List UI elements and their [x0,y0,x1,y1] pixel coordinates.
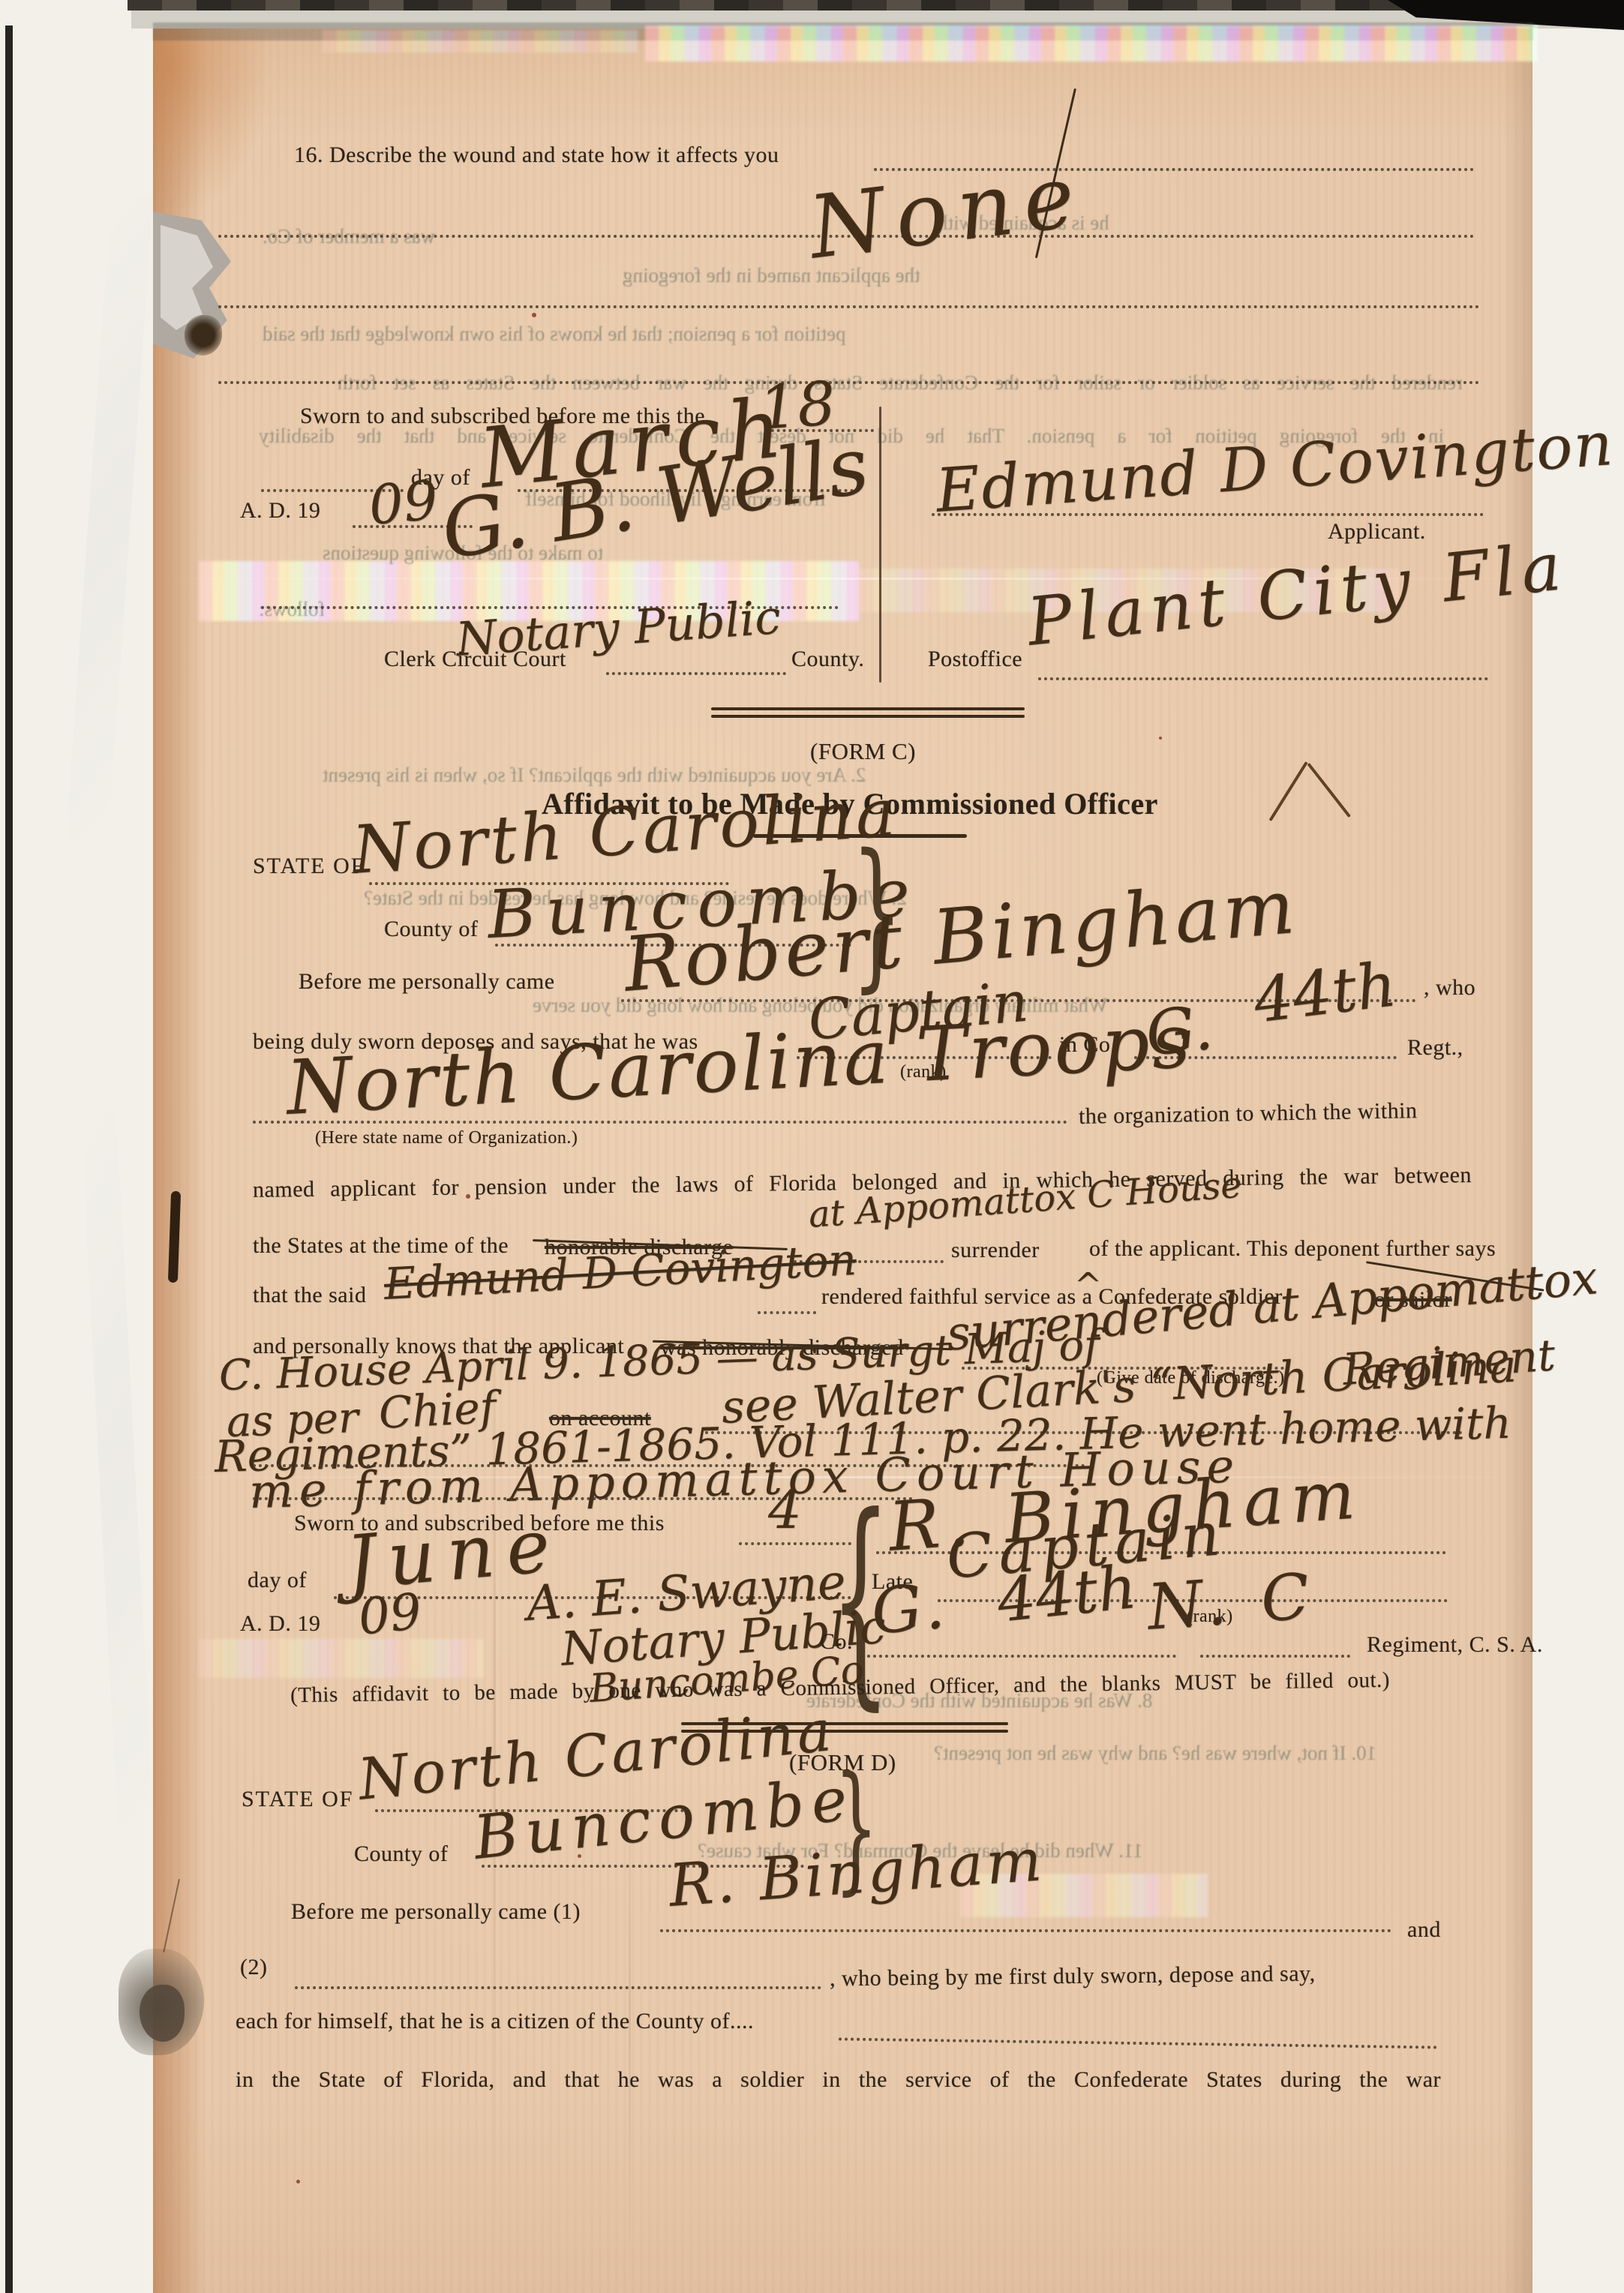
dotted-line [660,1929,1391,1932]
bleedthrough-line: petition for a pension; that he knows of… [263,323,846,346]
bleedthrough-line: follows: [259,598,326,621]
form-c-jurat-day-handwritten: 4 [768,1479,802,1541]
form-c-label: (FORM C) [810,738,916,765]
dotted-line [932,513,1484,516]
paper-speck [532,313,536,317]
sleeve-crinkle [80,1109,154,1830]
tape-iridescence [645,26,1538,62]
form-c-states-post: of the applicant. This deponent further … [1089,1236,1496,1262]
jurat1-ad-label: A. D. 19 [240,498,320,524]
paper-sheet [153,29,1532,2293]
q16-label: 16. Describe the wound and state how it … [294,143,779,168]
dotted-line [861,1655,1176,1658]
form-c-jurat-year-handwritten: 09 [356,1582,425,1646]
dotted-line [1200,1655,1350,1658]
section-rule [711,707,1025,710]
form-d-and-label: and [1407,1917,1441,1943]
section-rule [711,715,1025,718]
form-c-jurat-company-handwritten: G. [869,1568,952,1649]
form-c-jurat-regiment-label: Regiment, C. S. A. [1367,1632,1543,1658]
form-c-organization-caption: (Here state name of Organization.) [315,1128,578,1148]
applicant-label: Applicant. [1328,519,1426,545]
dotted-line [218,381,1480,384]
form-d-county-label: County of [354,1841,448,1867]
paper-top-left-corner [153,29,266,209]
form-d-state-label: STATE OF [242,1787,353,1812]
dotted-line [758,1311,816,1314]
form-d-line2-label: (2) [240,1955,267,1980]
form-c-jurat-day-of-label: day of [248,1568,307,1593]
column-divider-line [879,407,881,683]
form-c-surrender-word: surrender [951,1238,1040,1263]
dotted-line [253,1497,913,1500]
paper-speck [1159,737,1162,740]
form-c-who-suffix: , who [1424,975,1475,1001]
form-c-jurat-ad-label: A. D. 19 [240,1611,320,1637]
form-d-who-line: , who being by me first duly sworn, depo… [830,1961,1316,1992]
scanned-document-page: he is acquainted with was a member of Co… [0,0,1624,2293]
form-d-each-line: each for himself, that he is a citizen o… [236,2009,754,2034]
county-label: County. [791,647,864,672]
form-d-before-label: Before me personally came (1) [291,1899,581,1925]
form-c-state-label: STATE OF [253,854,365,879]
scanner-left-edge [5,26,13,2293]
paper-speck [296,2180,300,2183]
bleedthrough-line: 10. If not, where was he? and why was he… [934,1742,1376,1765]
tape-iridescence [323,30,638,53]
sleeve-crinkle [66,194,153,841]
postoffice-label: Postoffice [928,647,1022,672]
dotted-line [253,1121,1067,1124]
form-d-state-line: in the State of Florida, and that he was… [236,2067,1441,2093]
form-c-regt-label: Regt., [1407,1035,1463,1061]
form-c-jurat-co-label: Co. [820,1629,853,1655]
form-c-jurat-regiment-number-handwritten: 44th [994,1552,1139,1636]
paper-stain-core [140,1985,185,2042]
jurat1-year-handwritten: 09 [366,468,440,537]
form-c-that-said-label: that the said [253,1283,366,1308]
form-c-county-label: County of [384,917,478,942]
clerk-label: Clerk Circuit Court [384,647,566,672]
crease-iridescence [199,1639,484,1678]
form-c-jurat-state-abbrev-handwritten: N. C [1145,1559,1319,1644]
form-c-before-label: Before me personally came [299,969,555,995]
dotted-line [295,1986,821,1989]
dotted-line [606,672,786,675]
dotted-line [218,305,1480,308]
paper-right-edge [1502,29,1532,2293]
dotted-line [1038,677,1488,680]
